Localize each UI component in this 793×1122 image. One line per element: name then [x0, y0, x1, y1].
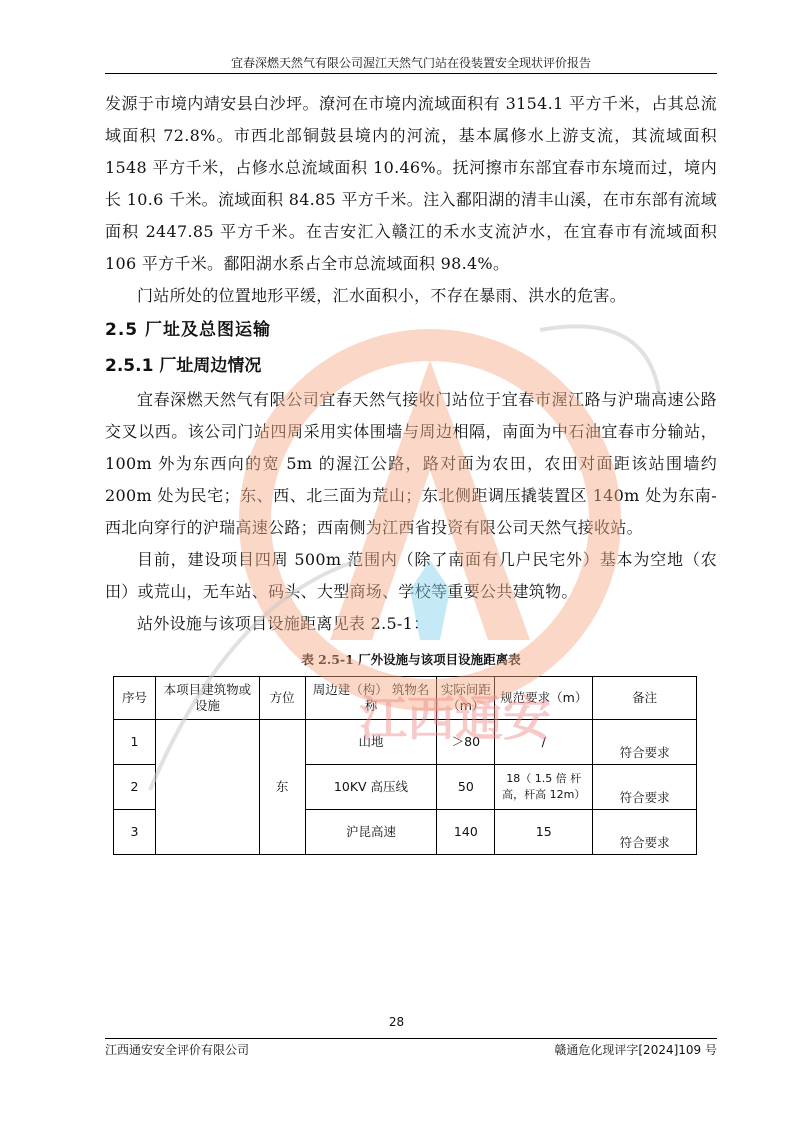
table-header-row: 序号 本项目建筑物或设施 方位 周边建（构） 筑物名称 实际间距（m） 规范要求… [114, 677, 697, 720]
page-number: 28 [0, 1015, 793, 1029]
cell-remark: 符合要求 [593, 720, 697, 765]
col-header-facility: 本项目建筑物或设施 [155, 677, 259, 720]
cell-no: 2 [114, 765, 156, 810]
paragraph-site-surroundings: 宜春深燃天然气有限公司宜春天然气接收门站位于宜春市渥江路与沪瑞高速公路交叉以西。… [105, 384, 717, 544]
cell-actual: 50 [437, 765, 495, 810]
paragraph-rivers: 发源于市境内靖安县白沙坪。潦河在市境内流域面积有 3154.1 平方千米，占其总… [105, 88, 717, 280]
header-divider [105, 73, 717, 74]
col-header-direction: 方位 [259, 677, 305, 720]
cell-name: 沪昆高速 [305, 810, 437, 855]
cell-direction: 东 [259, 720, 305, 855]
section-heading-2-5: 2.5 厂址及总图运输 [105, 312, 717, 348]
paragraph-500m-range: 目前，建设项目四周 500m 范围内（除了南面有几户民宅外）基本为空地（农田）或… [105, 544, 717, 608]
cell-required: 18（ 1.5 倍 杆高，杆高 12m） [495, 765, 593, 810]
col-header-no: 序号 [114, 677, 156, 720]
col-header-required: 规范要求（m） [495, 677, 593, 720]
footer-company: 江西通安安全评价有限公司 [105, 1041, 249, 1058]
document-body: 发源于市境内靖安县白沙坪。潦河在市境内流域面积有 3154.1 平方千米，占其总… [105, 88, 717, 855]
section-heading-2-5-1: 2.5.1 厂址周边情况 [105, 348, 717, 384]
paragraph-table-ref: 站外设施与该项目设施距离见表 2.5-1： [105, 608, 717, 640]
col-header-surrounding: 周边建（构） 筑物名称 [305, 677, 437, 720]
cell-name: 山地 [305, 720, 437, 765]
table-row: 1 东 山地 ＞80 / 符合要求 [114, 720, 697, 765]
table-caption: 表 2.5-1 厂外设施与该项目设施距离表 [105, 650, 717, 670]
cell-no: 3 [114, 810, 156, 855]
footer-doc-number: 赣通危化现评字[2024]109 号 [554, 1041, 717, 1058]
cell-actual: 140 [437, 810, 495, 855]
cell-no: 1 [114, 720, 156, 765]
paragraph-terrain: 门站所处的位置地形平缓，汇水面积小，不存在暴雨、洪水的危害。 [105, 280, 717, 312]
col-header-remark: 备注 [593, 677, 697, 720]
cell-remark: 符合要求 [593, 765, 697, 810]
cell-remark: 符合要求 [593, 810, 697, 855]
cell-facility [155, 720, 259, 855]
cell-required: / [495, 720, 593, 765]
page-header-title: 宜春深燃天然气有限公司渥江天然气门站在役装置安全现状评价报告 [105, 55, 717, 71]
cell-actual: ＞80 [437, 720, 495, 765]
footer-divider [105, 1038, 717, 1039]
cell-required: 15 [495, 810, 593, 855]
col-header-actual-distance: 实际间距（m） [437, 677, 495, 720]
cell-name: 10KV 高压线 [305, 765, 437, 810]
distance-table: 序号 本项目建筑物或设施 方位 周边建（构） 筑物名称 实际间距（m） 规范要求… [113, 676, 697, 855]
